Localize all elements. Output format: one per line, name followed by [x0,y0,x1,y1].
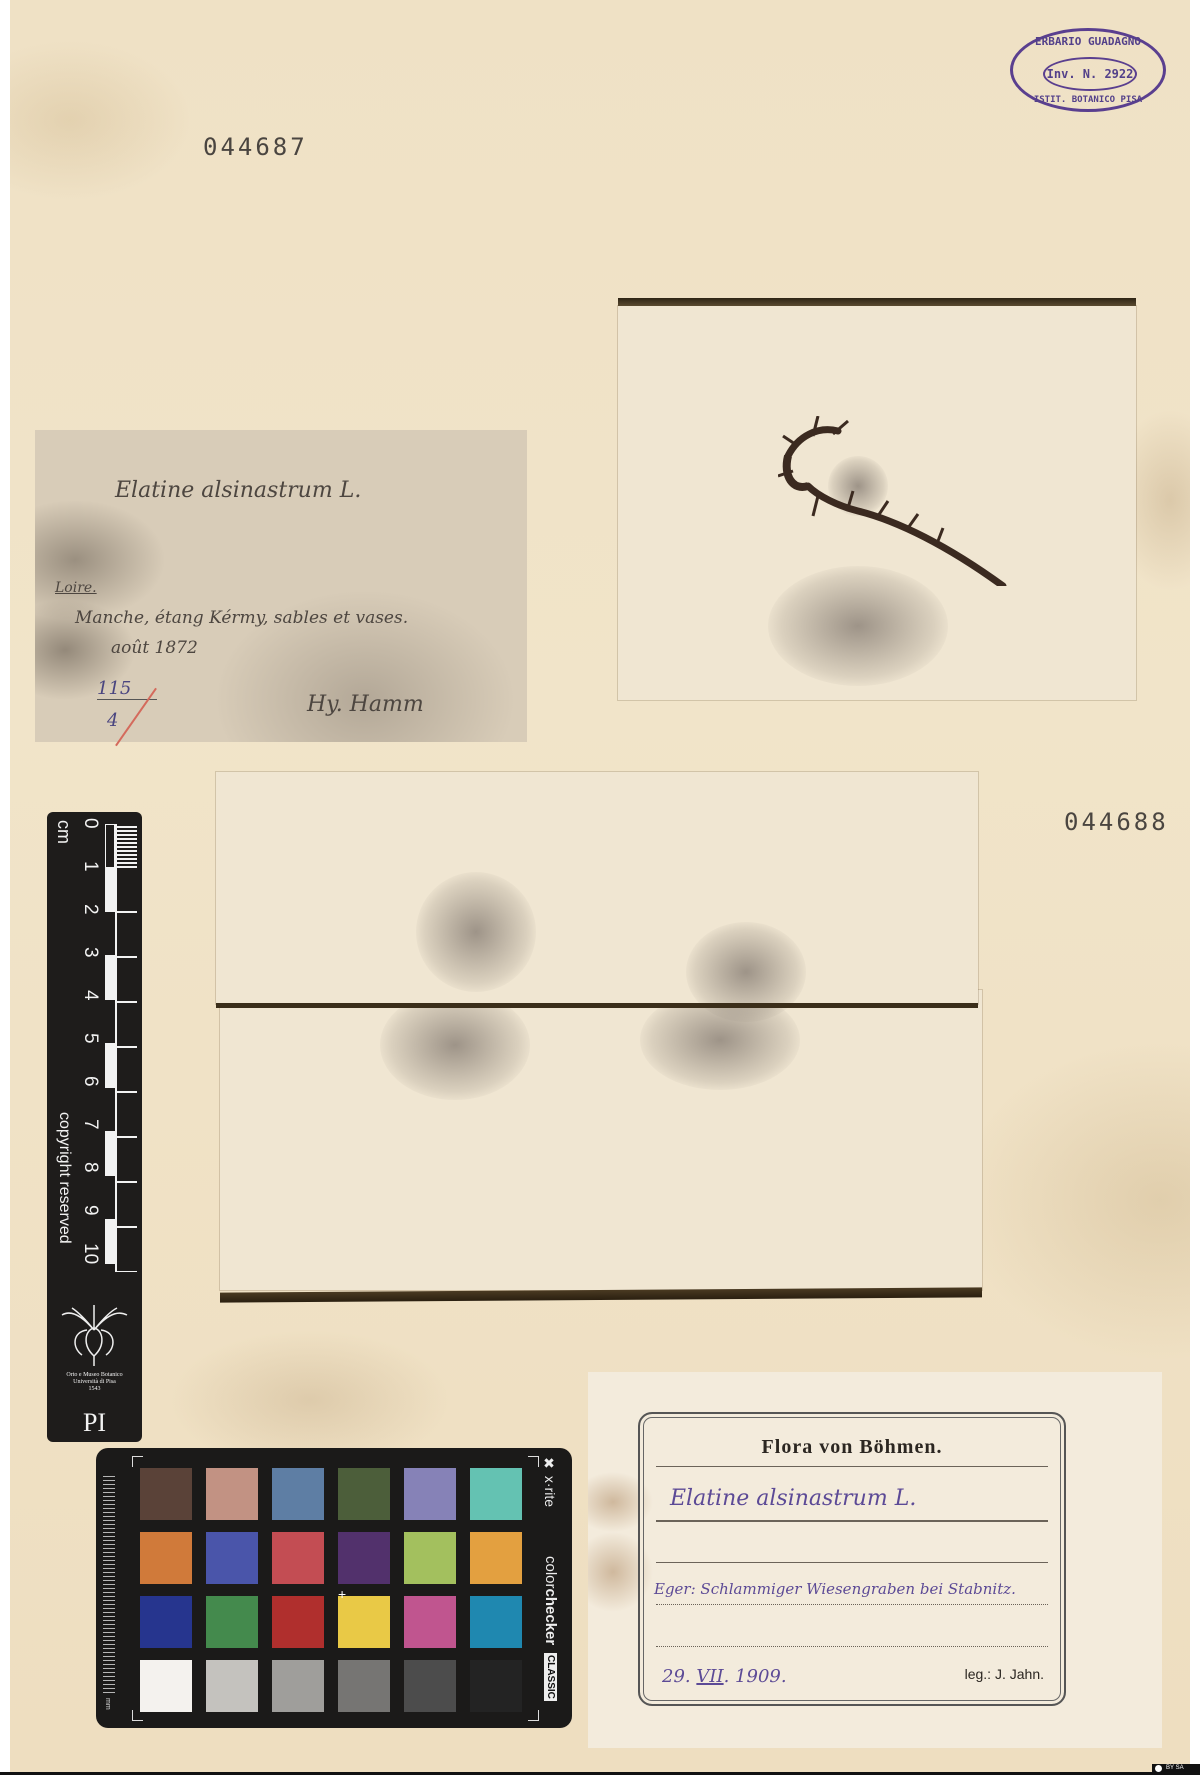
color-patch [206,1532,258,1584]
collection-label: Flora von Böhmen. Elatine alsinastrum L.… [588,1372,1162,1748]
specimen-packet-middle-lower [220,990,982,1290]
institution-line-1: Orto e Museo Botanico [49,1372,140,1379]
license-text: BY SA [1166,1765,1184,1771]
color-patch [404,1660,456,1712]
crosshair-icon: + [338,1586,346,1602]
ruler-unit: cm [53,820,74,844]
color-patch [140,1532,192,1584]
color-patch [272,1660,324,1712]
packet-flap-edge [618,298,1136,306]
corner-mark [132,1456,143,1467]
label-locality: Eger: Schlammiger Wiesengraben bei Stabn… [654,1580,1016,1598]
label-species: Elatine alsinastrum L. [670,1486,916,1511]
scale-ruler: cm 0 1 2 3 4 5 6 7 8 9 10 copyright rese… [47,812,142,1442]
color-patch [404,1596,456,1648]
ruler-digit: 8 [79,1162,101,1173]
wordmark-light: color [542,1556,559,1589]
institution-line-2: Università di Pisa [49,1379,140,1386]
stamp-top-text: ERBARIO GUADAGNO [1013,35,1163,48]
label-border: Flora von Böhmen. Elatine alsinastrum L.… [638,1412,1066,1706]
color-patch [272,1596,324,1648]
wordmark-bold: checker [542,1589,559,1646]
old-label-signature: Hy. Hamm [307,692,424,717]
corner-mark [132,1710,143,1721]
label-rule [656,1466,1048,1467]
label-dotted-line [656,1604,1048,1605]
stamp-inventory-number: Inv. N. 2922 [1043,57,1137,91]
ruler-scale-bar [105,824,137,1272]
ruler-digit: 4 [79,990,101,1001]
color-patch [470,1596,522,1648]
old-handwritten-label: Elatine alsinastrum L. Loire. Manche, ét… [35,430,527,742]
ruler-digit: 7 [79,1119,101,1130]
label-rule [656,1562,1048,1563]
color-patch [206,1596,258,1648]
mm-unit: mm [104,1698,111,1710]
old-label-date: août 1872 [111,638,198,658]
label-rule [656,1520,1048,1522]
color-patch [338,1532,390,1584]
corner-mark [528,1456,539,1467]
color-patch [206,1468,258,1520]
old-label-species: Elatine alsinastrum L. [115,478,361,503]
corner-mark [528,1710,539,1721]
color-patch [338,1596,390,1648]
color-patch [272,1532,324,1584]
herbarium-stamp: ERBARIO GUADAGNO Inv. N. 2922 ISTIT. BOT… [1010,28,1166,112]
catalog-number-top: 044687 [203,133,308,161]
edition-badge: CLASSIC [544,1653,557,1701]
institution-year: 1543 [49,1386,140,1393]
xrite-logo-icon: ✖ [542,1456,558,1472]
ruler-digit: 1 [79,861,101,872]
stamp-bottom-text: ISTIT. BOTANICO PISA [1013,95,1163,105]
fritillaria-logo-icon [57,1300,132,1370]
label-collector: leg.: J. Jahn. [965,1666,1044,1682]
herbarium-code: PI [47,1408,142,1438]
catalog-number-bottom: 044688 [1064,808,1169,836]
stain-blot [416,872,536,992]
specimen-packet-middle-upper [216,772,978,1004]
label-title: Flora von Böhmen. [640,1436,1064,1459]
ruler-copyright: copyright reserved [55,1112,73,1244]
ruler-institution: Orto e Museo Botanico Università di Pisa… [49,1372,140,1393]
old-label-locality: Manche, étang Kérmy, sables et vases. [75,608,408,628]
ruler-digit: 3 [79,947,101,958]
color-patch [470,1468,522,1520]
plant-specimen-icon [778,416,1008,586]
color-patch [338,1660,390,1712]
color-patch [140,1468,192,1520]
color-patch [470,1532,522,1584]
color-patch [140,1596,192,1648]
color-patch [470,1660,522,1712]
color-patch [206,1660,258,1712]
mm-scale-ticks [103,1476,115,1696]
ruler-digit: 2 [79,904,101,915]
date-day: 29. [662,1666,691,1687]
color-checker-card: + mm ✖ x·rite colorchecker CLASSIC [96,1448,572,1728]
old-label-region: Loire. [55,580,97,596]
packet-flap-edge [216,1003,978,1008]
color-patch [404,1468,456,1520]
ruler-digit: 5 [79,1033,101,1044]
ruler-digit: 10 [79,1243,101,1264]
color-patch [272,1468,324,1520]
specimen-packet-upper [618,306,1136,700]
xrite-brand: ✖ x·rite [542,1456,558,1507]
ruler-digit: 6 [79,1076,101,1087]
old-label-number-bottom: 4 [107,710,118,731]
brand-text: x·rite [542,1476,558,1507]
label-dotted-line [656,1646,1048,1647]
ruler-digit: 0 [79,818,101,829]
color-patch [404,1532,456,1584]
creative-commons-icon [1155,1765,1162,1772]
color-patch [338,1468,390,1520]
label-date: 29. VII. 1909. [662,1666,787,1687]
date-month: VII [696,1666,723,1687]
date-year: . 1909. [724,1666,787,1687]
color-patch [140,1660,192,1712]
ruler-digit: 9 [79,1205,101,1216]
colorchecker-wordmark: colorchecker CLASSIC [542,1556,559,1701]
